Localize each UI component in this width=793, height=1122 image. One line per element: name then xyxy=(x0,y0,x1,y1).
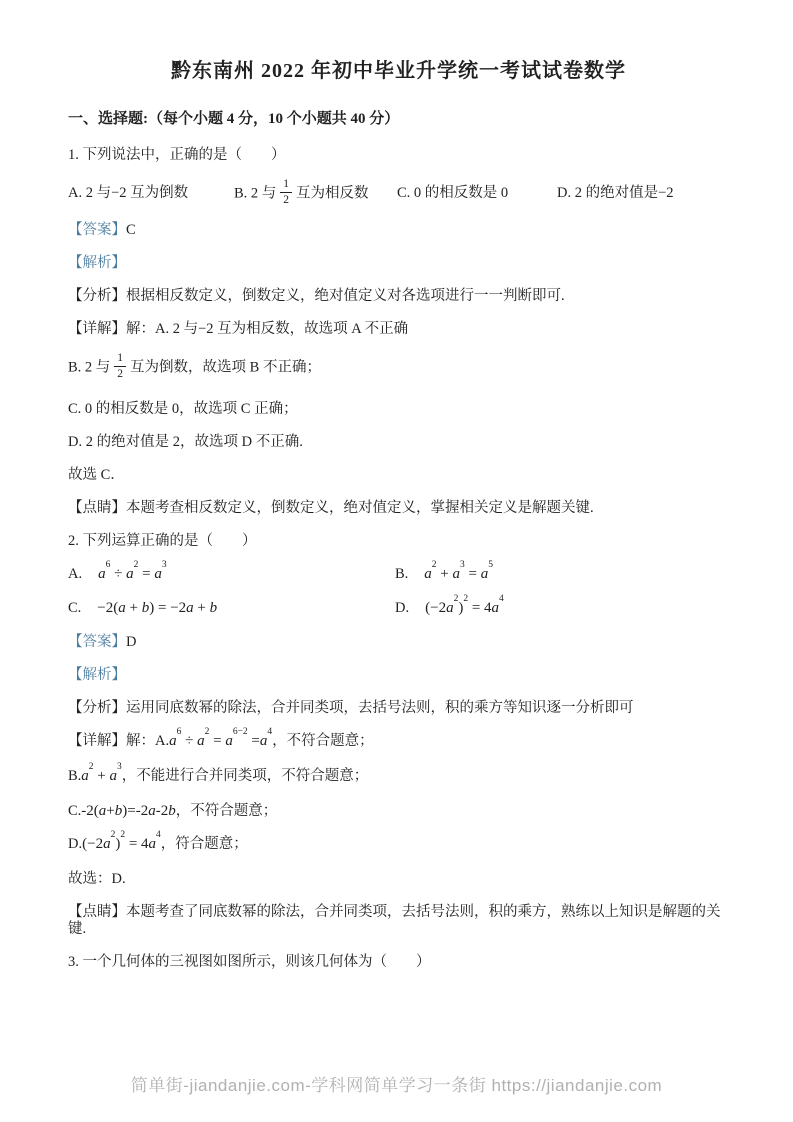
text-run: A. xyxy=(68,566,82,582)
text-run: C. xyxy=(68,600,81,616)
q1-options-row: A. 2 与−2 互为倒数 B. 2 与12互为相反数 C. 0 的相反数是 0… xyxy=(68,180,729,208)
text-run: A. 2 与−2 互为倒数 xyxy=(68,185,188,201)
math-expression: (−2a2)2 = 4a4 xyxy=(82,836,161,852)
fraction-numerator: 1 xyxy=(114,352,126,367)
q2-option-d: D.(−2a2)2 = 4a4 xyxy=(395,600,504,617)
q2-options-row-2: C.−2(a + b) = −2a + b D.(−2a2)2 = 4a4 xyxy=(68,600,729,617)
text-run: 【点睛】本题考查相反数定义，倒数定义，绝对值定义，掌握相关定义是解题关键. xyxy=(68,500,594,516)
text-run: 【点睛】本题考查了同底数幂的除法，合并同类项，去括号法则，积的乘方，熟练以上知识… xyxy=(68,904,721,937)
q3-stem: 3. 一个几何体的三视图如图所示，则该几何体为（ ） xyxy=(68,954,729,971)
text-run: B. xyxy=(395,566,408,582)
math-expression: −2(a + b) = −2a + b xyxy=(97,600,217,616)
text-run: 2. 下列运算正确的是（ ） xyxy=(68,533,257,549)
math-expression: a6 ÷ a2 = a3 xyxy=(98,566,166,582)
math-expression: (−2a2)2 = 4a4 xyxy=(425,600,504,616)
q2-detail-d: D.(−2a2)2 = 4a4，符合题意； xyxy=(68,836,729,853)
text-run: D. 2 的绝对值是 2，故选项 D 不正确. xyxy=(68,434,303,450)
math-expression: a2 + a3 xyxy=(81,768,121,784)
q2-note: 【点睛】本题考查了同底数幂的除法，合并同类项，去括号法则，积的乘方，熟练以上知识… xyxy=(68,904,729,938)
page-content: 黔东南州 2022 年初中毕业升学统一考试试卷数学 一、选择题:（每个小题 4 … xyxy=(0,0,793,971)
text-run: C xyxy=(126,222,136,238)
text-run: D. 2 的绝对值是−2 xyxy=(557,185,674,201)
text-run: D xyxy=(126,634,136,650)
text-run: 【分析】根据相反数定义，倒数定义，绝对值定义对各选项进行一一判断即可. xyxy=(68,288,565,304)
text-run: 1. 下列说法中，正确的是（ ） xyxy=(68,147,286,163)
q1-option-d: D. 2 的绝对值是−2 xyxy=(557,181,674,202)
q1-answer: 【答案】C xyxy=(68,222,729,239)
text-run: D. xyxy=(68,836,82,852)
q2-conclusion: 故选：D. xyxy=(68,871,729,888)
q1-detail-a: 【详解】解：A. 2 与−2 互为相反数，故选项 A 不正确 xyxy=(68,321,729,338)
text-run: ，不符合题意； xyxy=(272,733,374,749)
q2-detail-b: B.a2 + a3，不能进行合并同类项，不符合题意； xyxy=(68,768,729,785)
q2-options-row-1: A.a6 ÷ a2 = a3 B.a2 + a3 = a5 xyxy=(68,566,729,583)
text-run: 【分析】运用同底数幂的除法，合并同类项，去括号法则，积的乘方等知识逐一分析即可 xyxy=(68,700,634,716)
exam-paper-page: 黔东南州 2022 年初中毕业升学统一考试试卷数学 一、选择题:（每个小题 4 … xyxy=(0,0,793,1122)
q2-analysis-label: 【解析】 xyxy=(68,667,729,684)
math-expression: a6 ÷ a2 = a6−2 =a4 xyxy=(169,733,272,749)
q1-detail-d: D. 2 的绝对值是 2，故选项 D 不正确. xyxy=(68,434,729,451)
text-run: ，不能进行合并同类项，不符合题意； xyxy=(122,768,369,784)
q1-detail-c: C. 0 的相反数是 0，故选项 C 正确； xyxy=(68,401,729,418)
text-run: C. xyxy=(68,803,81,819)
text-run: 故选 C． xyxy=(68,467,125,483)
text-run: 故选：D. xyxy=(68,871,126,887)
q1-option-a: A. 2 与−2 互为倒数 xyxy=(68,181,234,202)
q2-analysis: 【分析】运用同底数幂的除法，合并同类项，去括号法则，积的乘方等知识逐一分析即可 xyxy=(68,700,729,717)
text-run: B. 2 与 xyxy=(234,185,276,201)
fraction-denominator: 2 xyxy=(280,193,292,207)
text-run: 3. 一个几何体的三视图如图所示，则该几何体为（ ） xyxy=(68,954,431,970)
q2-option-c: C.−2(a + b) = −2a + b xyxy=(68,600,395,617)
text-run: C. 0 的相反数是 0 xyxy=(397,185,508,201)
accent-label: 【解析】 xyxy=(68,667,126,683)
q1-option-b: B. 2 与12互为相反数 xyxy=(234,180,397,208)
fraction-denominator: 2 xyxy=(114,367,126,381)
math-expression: -2(a+b)=-2a-2b xyxy=(81,803,175,819)
accent-label: 【答案】 xyxy=(68,222,126,238)
q2-detail-a: 【详解】解：A.a6 ÷ a2 = a6−2 =a4，不符合题意； xyxy=(68,733,729,750)
q1-stem: 1. 下列说法中，正确的是（ ） xyxy=(68,147,729,164)
math-expression: a2 + a3 = a5 xyxy=(424,566,493,582)
text-run: 互为相反数 xyxy=(296,185,369,201)
q1-option-c: C. 0 的相反数是 0 xyxy=(397,181,557,202)
footer-watermark: 简单街-jiandanjie.com-学科网简单学习一条街 https://ji… xyxy=(0,1071,793,1096)
text-run: B. 2 与 xyxy=(68,360,110,376)
q2-option-b: B.a2 + a3 = a5 xyxy=(395,566,493,583)
section-heading: 一、选择题:（每个小题 4 分，10 个小题共 40 分） xyxy=(68,107,729,128)
text-run: 【详解】解：A. xyxy=(68,733,169,749)
text-run: 互为倒数，故选项 B 不正确； xyxy=(130,360,321,376)
q2-answer: 【答案】D xyxy=(68,634,729,651)
accent-label: 【解析】 xyxy=(68,255,126,271)
q2-stem: 2. 下列运算正确的是（ ） xyxy=(68,533,729,550)
q1-detail-b: B. 2 与12互为倒数，故选项 B 不正确； xyxy=(68,354,729,382)
q1-analysis-label: 【解析】 xyxy=(68,255,729,272)
q2-detail-c: C.-2(a+b)=-2a-2b，不符合题意； xyxy=(68,803,729,820)
text-run: C. 0 的相反数是 0，故选项 C 正确； xyxy=(68,401,298,417)
text-run: ，不符合题意； xyxy=(176,803,278,819)
text-run: ，符合题意； xyxy=(161,836,248,852)
q1-analysis: 【分析】根据相反数定义，倒数定义，绝对值定义对各选项进行一一判断即可. xyxy=(68,288,729,305)
paper-title: 黔东南州 2022 年初中毕业升学统一考试试卷数学 xyxy=(68,54,729,83)
fraction-numerator: 1 xyxy=(280,178,292,193)
accent-label: 【答案】 xyxy=(68,634,126,650)
fraction: 12 xyxy=(280,178,292,206)
q1-conclusion: 故选 C． xyxy=(68,467,729,484)
q2-option-a: A.a6 ÷ a2 = a3 xyxy=(68,566,395,583)
text-run: B. xyxy=(68,768,81,784)
q1-note: 【点睛】本题考查相反数定义，倒数定义，绝对值定义，掌握相关定义是解题关键. xyxy=(68,500,729,517)
text-run: 【详解】解：A. 2 与−2 互为相反数，故选项 A 不正确 xyxy=(68,321,408,337)
text-run: D. xyxy=(395,600,409,616)
fraction: 12 xyxy=(114,352,126,380)
